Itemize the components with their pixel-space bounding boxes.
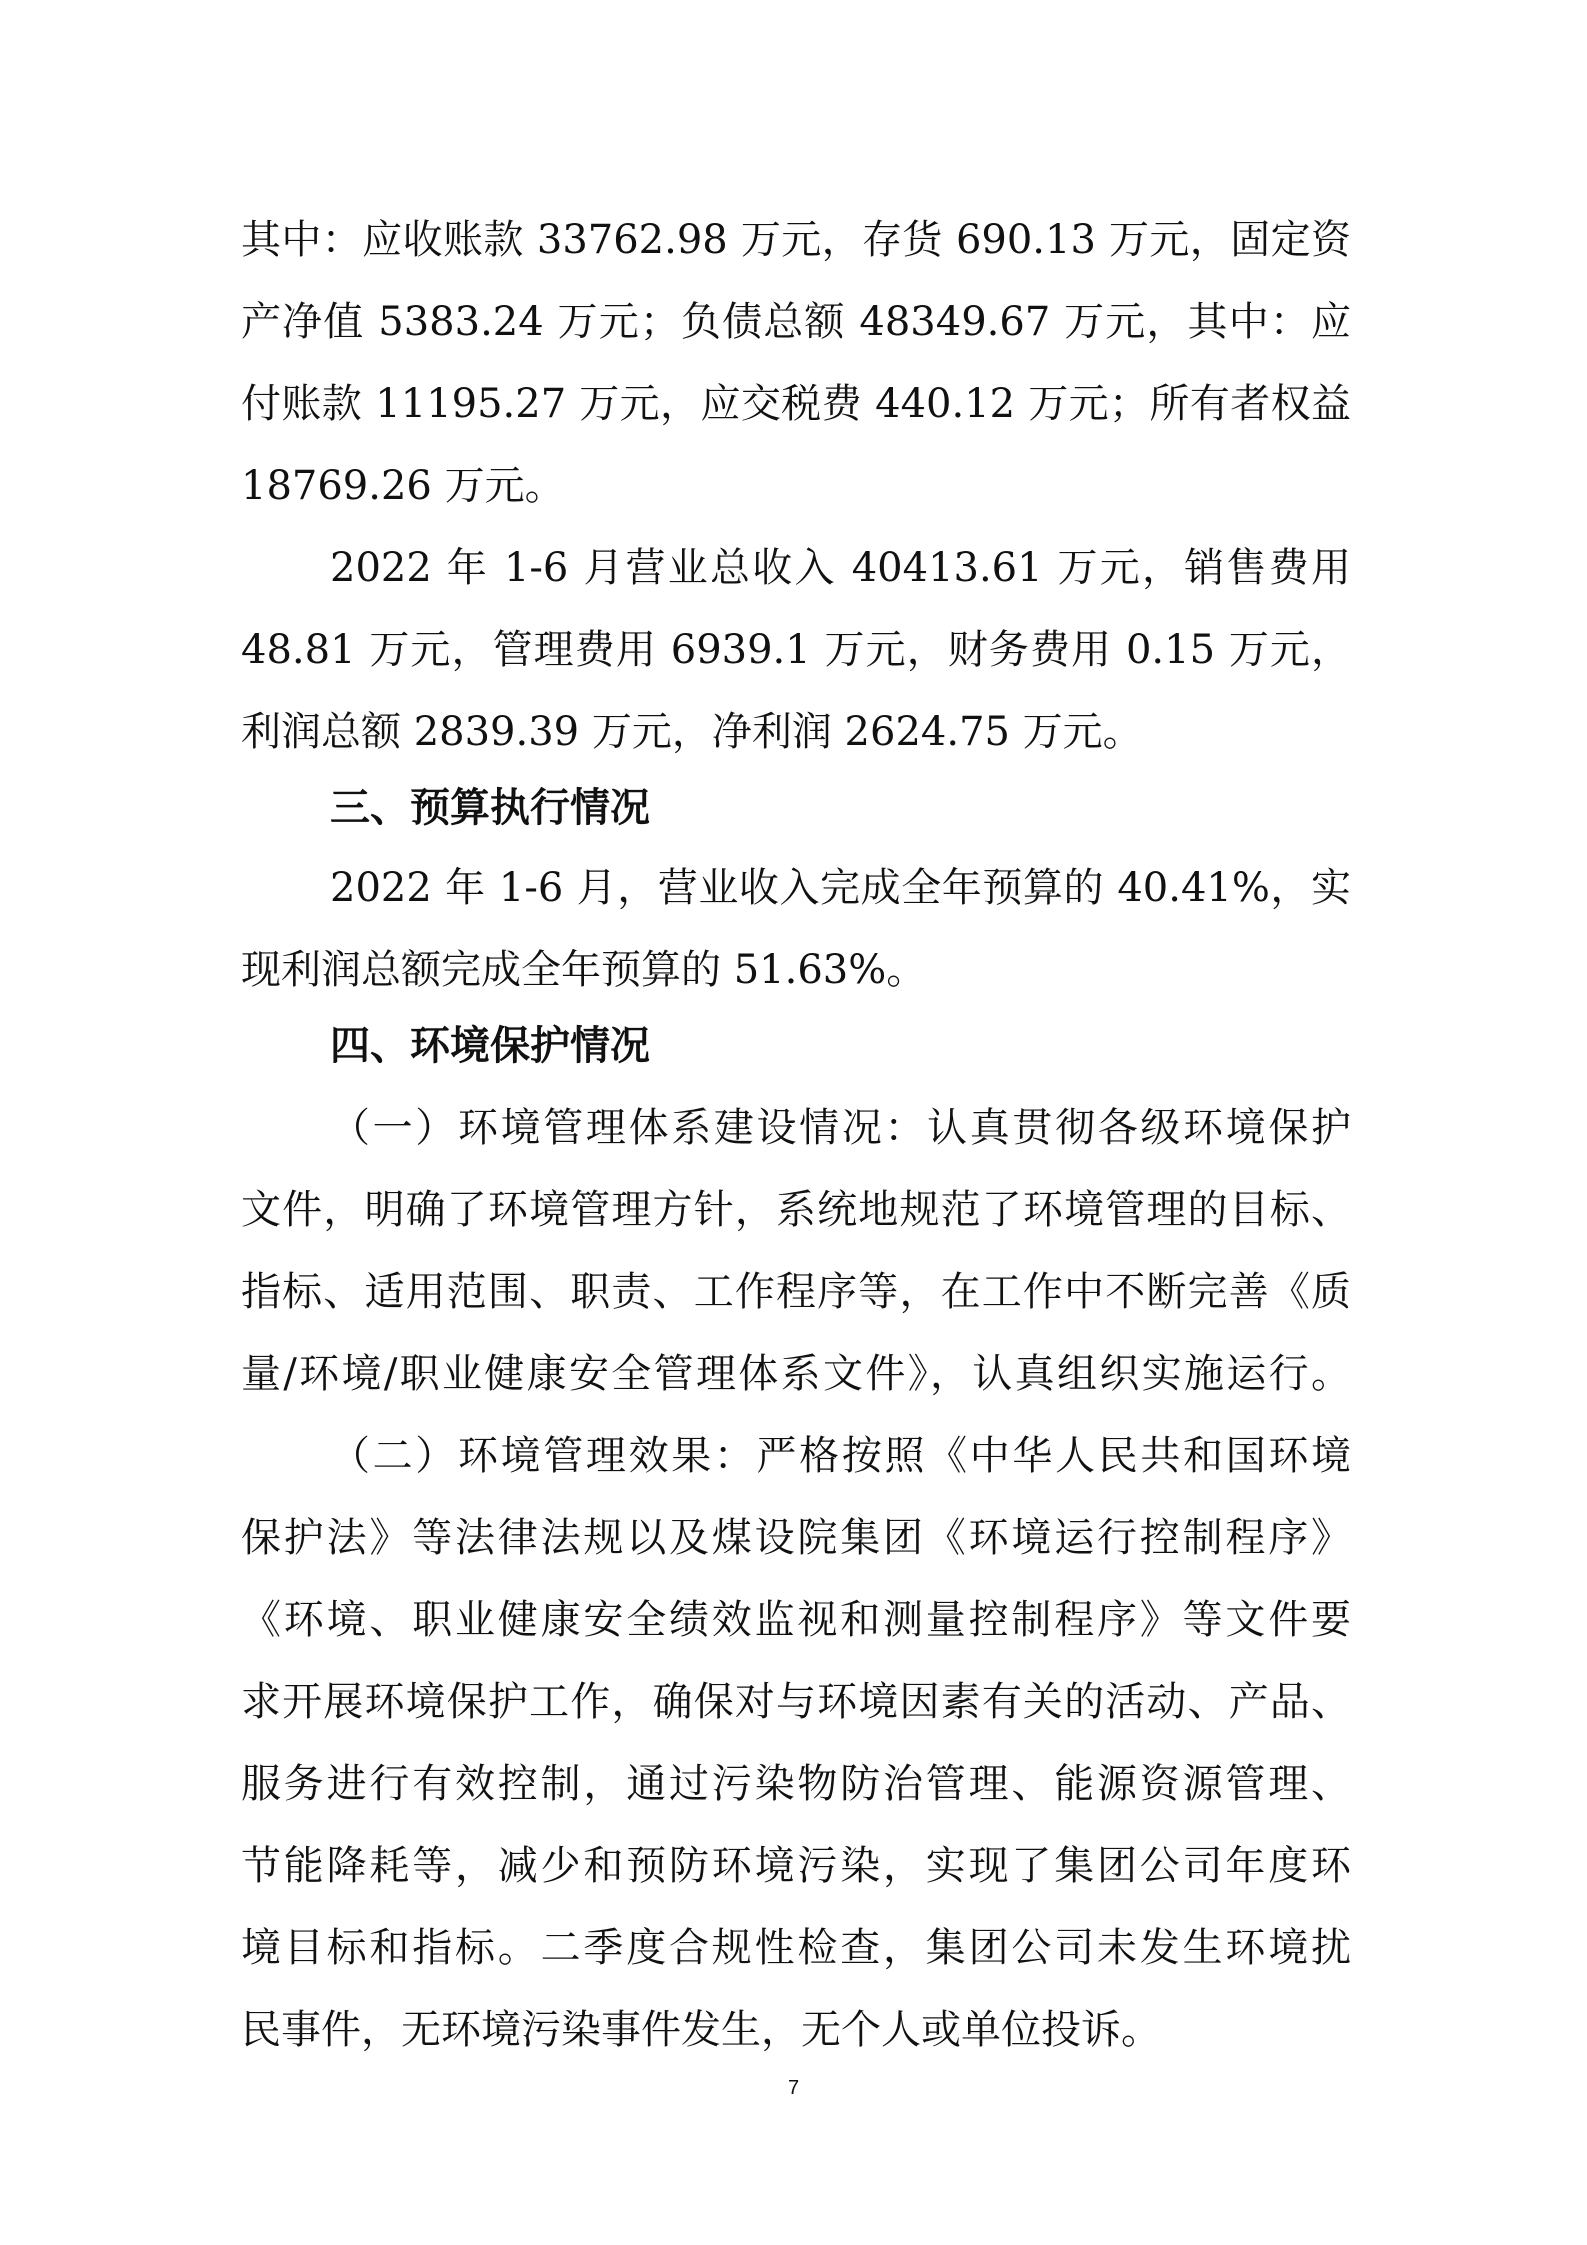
text-line: 民事件，无环境污染事件发生，无个人或单位投诉。 (241, 2000, 1351, 2060)
text-line: 18769.26 万元。 (241, 456, 1351, 516)
text-line: 量/环境/职业健康安全管理体系文件》，认真组织实施运行。 (241, 1344, 1351, 1404)
text-line: 其中：应收账款 33762.98 万元，存货 690.13 万元，固定资 (241, 210, 1351, 270)
text-line: 境目标和指标。二季度合规性检查，集团公司未发生环境扰 (241, 1918, 1351, 1978)
page-number: 7 (0, 2077, 1587, 2100)
text-line: 保护法》等法律法规以及煤设院集团《环境运行控制程序》 (241, 1508, 1351, 1568)
text-line: 《环境、职业健康安全绩效监视和测量控制程序》等文件要 (241, 1590, 1351, 1650)
text-line: 指标、适用范围、职责、工作程序等，在工作中不断完善《质 (241, 1262, 1351, 1322)
section-heading-environment: 四、环境保护情况 (330, 1016, 650, 1076)
document-page: 其中：应收账款 33762.98 万元，存货 690.13 万元，固定资 产净值… (0, 0, 1587, 2245)
text-line: 服务进行有效控制，通过污染物防治管理、能源资源管理、 (241, 1754, 1351, 1814)
text-line: （二）环境管理效果：严格按照《中华人民共和国环境 (330, 1426, 1351, 1486)
text-line: （一）环境管理体系建设情况：认真贯彻各级环境保护 (330, 1098, 1351, 1158)
text-line: 现利润总额完成全年预算的 51.63%。 (241, 940, 1351, 1000)
text-line: 付账款 11195.27 万元，应交税费 440.12 万元；所有者权益 (241, 374, 1351, 434)
text-line: 产净值 5383.24 万元；负债总额 48349.67 万元，其中：应 (241, 292, 1351, 352)
section-heading-budget: 三、预算执行情况 (330, 778, 650, 838)
text-line: 2022 年 1-6 月营业总收入 40413.61 万元，销售费用 (330, 538, 1351, 598)
text-line: 利润总额 2839.39 万元，净利润 2624.75 万元。 (241, 702, 1351, 762)
text-line: 2022 年 1-6 月，营业收入完成全年预算的 40.41%，实 (330, 858, 1351, 918)
text-line: 节能降耗等，减少和预防环境污染，实现了集团公司年度环 (241, 1836, 1351, 1896)
text-line: 文件，明确了环境管理方针，系统地规范了环境管理的目标、 (241, 1180, 1351, 1240)
text-line: 求开展环境保护工作，确保对与环境因素有关的活动、产品、 (241, 1672, 1351, 1732)
text-line: 48.81 万元，管理费用 6939.1 万元，财务费用 0.15 万元， (241, 620, 1351, 680)
